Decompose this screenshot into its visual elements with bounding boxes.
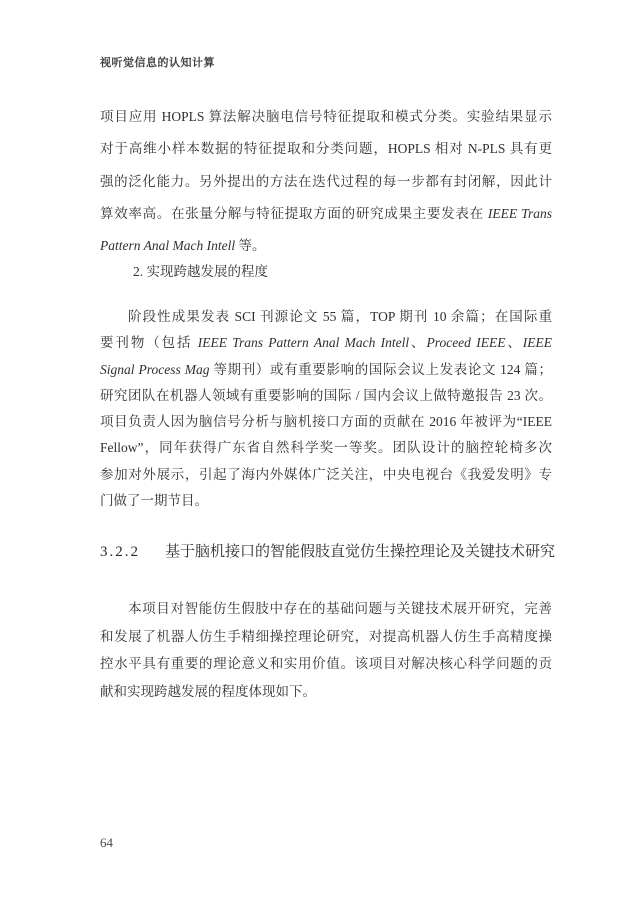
text-line: Pattern Anal Mach Intell 等。 xyxy=(100,230,552,262)
document-page: 视听觉信息的认知计算 项目应用 HOPLS 算法解决脑电信号特征提取和模式分类。… xyxy=(0,0,643,908)
text-line: 和发展了机器人仿生手精细操控理论研究，对提高机器人仿生手高精度操 xyxy=(100,623,552,651)
text-line: 门做了一期节目。 xyxy=(100,488,552,514)
text-run: 算效率高。在张量分解与特征提取方面的研究成果主要发表在 xyxy=(100,206,488,221)
text-line: 阶段性成果发表 SCI 刊源论文 55 篇，TOP 期刊 10 余篇；在国际重 xyxy=(100,304,552,330)
text-line: 控水平具有重要的理论意义和实用价值。该项目对解决核心科学问题的贡 xyxy=(100,650,552,678)
text-line: 本项目对智能仿生假肢中存在的基础问题与关键技术展开研究，完善 xyxy=(100,595,552,623)
text-run: 和发展了机器人仿生手精细操控理论研究，对提高机器人仿生手高精度操 xyxy=(100,629,552,644)
section-heading-3-2-2: 3.2.2基于脑机接口的智能假肢直觉仿生操控理论及关键技术研究 xyxy=(100,541,555,563)
text-run: 本项目对智能仿生假肢中存在的基础问题与关键技术展开研究，完善 xyxy=(128,601,552,616)
text-run: 门做了一期节目。 xyxy=(100,493,208,508)
text-line: 要刊物（包括 IEEE Trans Pattern Anal Mach Inte… xyxy=(100,330,552,356)
text-run: Fellow”，同年获得广东省自然科学奖一等奖。团队设计的脑控轮椅多次 xyxy=(100,440,552,455)
text-run: 强的泛化能力。另外提出的方法在迭代过程的每一步都有封闭解，因此计 xyxy=(100,174,552,189)
text-run: 项目负责人因为脑信号分析与脑机接口方面的贡献在 2016 年被评为“IEEE xyxy=(100,414,552,429)
paragraph-hopls: 项目应用 HOPLS 算法解决脑电信号特征提取和模式分类。实验结果显示对于高维小… xyxy=(100,101,552,262)
journal-name-italic: Signal Process Mag xyxy=(100,362,210,377)
subheading-degree-of-leap-development: 2. 实现跨越发展的程度 xyxy=(133,262,268,282)
journal-name-italic: IEEE xyxy=(523,335,552,350)
paragraph-project-intro: 本项目对智能仿生假肢中存在的基础问题与关键技术展开研究，完善和发展了机器人仿生手… xyxy=(100,595,552,706)
text-run: 等。 xyxy=(235,238,265,253)
text-run: 项目应用 HOPLS 算法解决脑电信号特征提取和模式分类。实验结果显示 xyxy=(100,109,552,124)
text-line: 参加对外展示，引起了海内外媒体广泛关注，中央电视台《我爱发明》专 xyxy=(100,462,552,488)
text-run: 、 xyxy=(505,335,522,350)
journal-name-italic: IEEE Trans Pattern Anal Mach Intell xyxy=(198,335,409,350)
text-run: 、 xyxy=(409,335,426,350)
text-line: 研究团队在机器人领域有重要影响的国际 / 国内会议上做特邀报告 23 次。 xyxy=(100,383,552,409)
text-run: 研究团队在机器人领域有重要影响的国际 / 国内会议上做特邀报告 23 次。 xyxy=(100,388,552,403)
running-header: 视听觉信息的认知计算 xyxy=(100,54,215,70)
journal-name-italic: IEEE Trans xyxy=(488,206,552,221)
text-line: 对于高维小样本数据的特征提取和分类问题，HOPLS 相对 N-PLS 具有更 xyxy=(100,133,552,165)
text-run: 对于高维小样本数据的特征提取和分类问题，HOPLS 相对 N-PLS 具有更 xyxy=(100,141,552,156)
page-number: 64 xyxy=(100,835,113,851)
paragraph-achievements: 阶段性成果发表 SCI 刊源论文 55 篇，TOP 期刊 10 余篇；在国际重要… xyxy=(100,304,552,514)
text-run: 要刊物（包括 xyxy=(100,335,198,350)
text-run: 阶段性成果发表 SCI 刊源论文 55 篇，TOP 期刊 10 余篇；在国际重 xyxy=(128,309,552,324)
text-line: 强的泛化能力。另外提出的方法在迭代过程的每一步都有封闭解，因此计 xyxy=(100,166,552,198)
text-line: 项目应用 HOPLS 算法解决脑电信号特征提取和模式分类。实验结果显示 xyxy=(100,101,552,133)
section-title: 基于脑机接口的智能假肢直觉仿生操控理论及关键技术研究 xyxy=(165,544,555,560)
text-line: Fellow”，同年获得广东省自然科学奖一等奖。团队设计的脑控轮椅多次 xyxy=(100,435,552,461)
text-run: 参加对外展示，引起了海内外媒体广泛关注，中央电视台《我爱发明》专 xyxy=(100,467,552,482)
text-line: 算效率高。在张量分解与特征提取方面的研究成果主要发表在 IEEE Trans xyxy=(100,198,552,230)
text-run: 献和实现跨越发展的程度体现如下。 xyxy=(100,684,316,699)
section-number: 3.2.2 xyxy=(100,544,140,560)
text-run: 控水平具有重要的理论意义和实用价值。该项目对解决核心科学问题的贡 xyxy=(100,656,552,671)
text-line: Signal Process Mag 等期刊）或有重要影响的国际会议上发表论文 … xyxy=(100,357,552,383)
journal-name-italic: Proceed IEEE xyxy=(426,335,505,350)
journal-name-italic: Pattern Anal Mach Intell xyxy=(100,238,235,253)
text-line: 项目负责人因为脑信号分析与脑机接口方面的贡献在 2016 年被评为“IEEE xyxy=(100,409,552,435)
text-run: 等期刊）或有重要影响的国际会议上发表论文 124 篇； xyxy=(210,362,553,377)
text-line: 献和实现跨越发展的程度体现如下。 xyxy=(100,678,552,706)
